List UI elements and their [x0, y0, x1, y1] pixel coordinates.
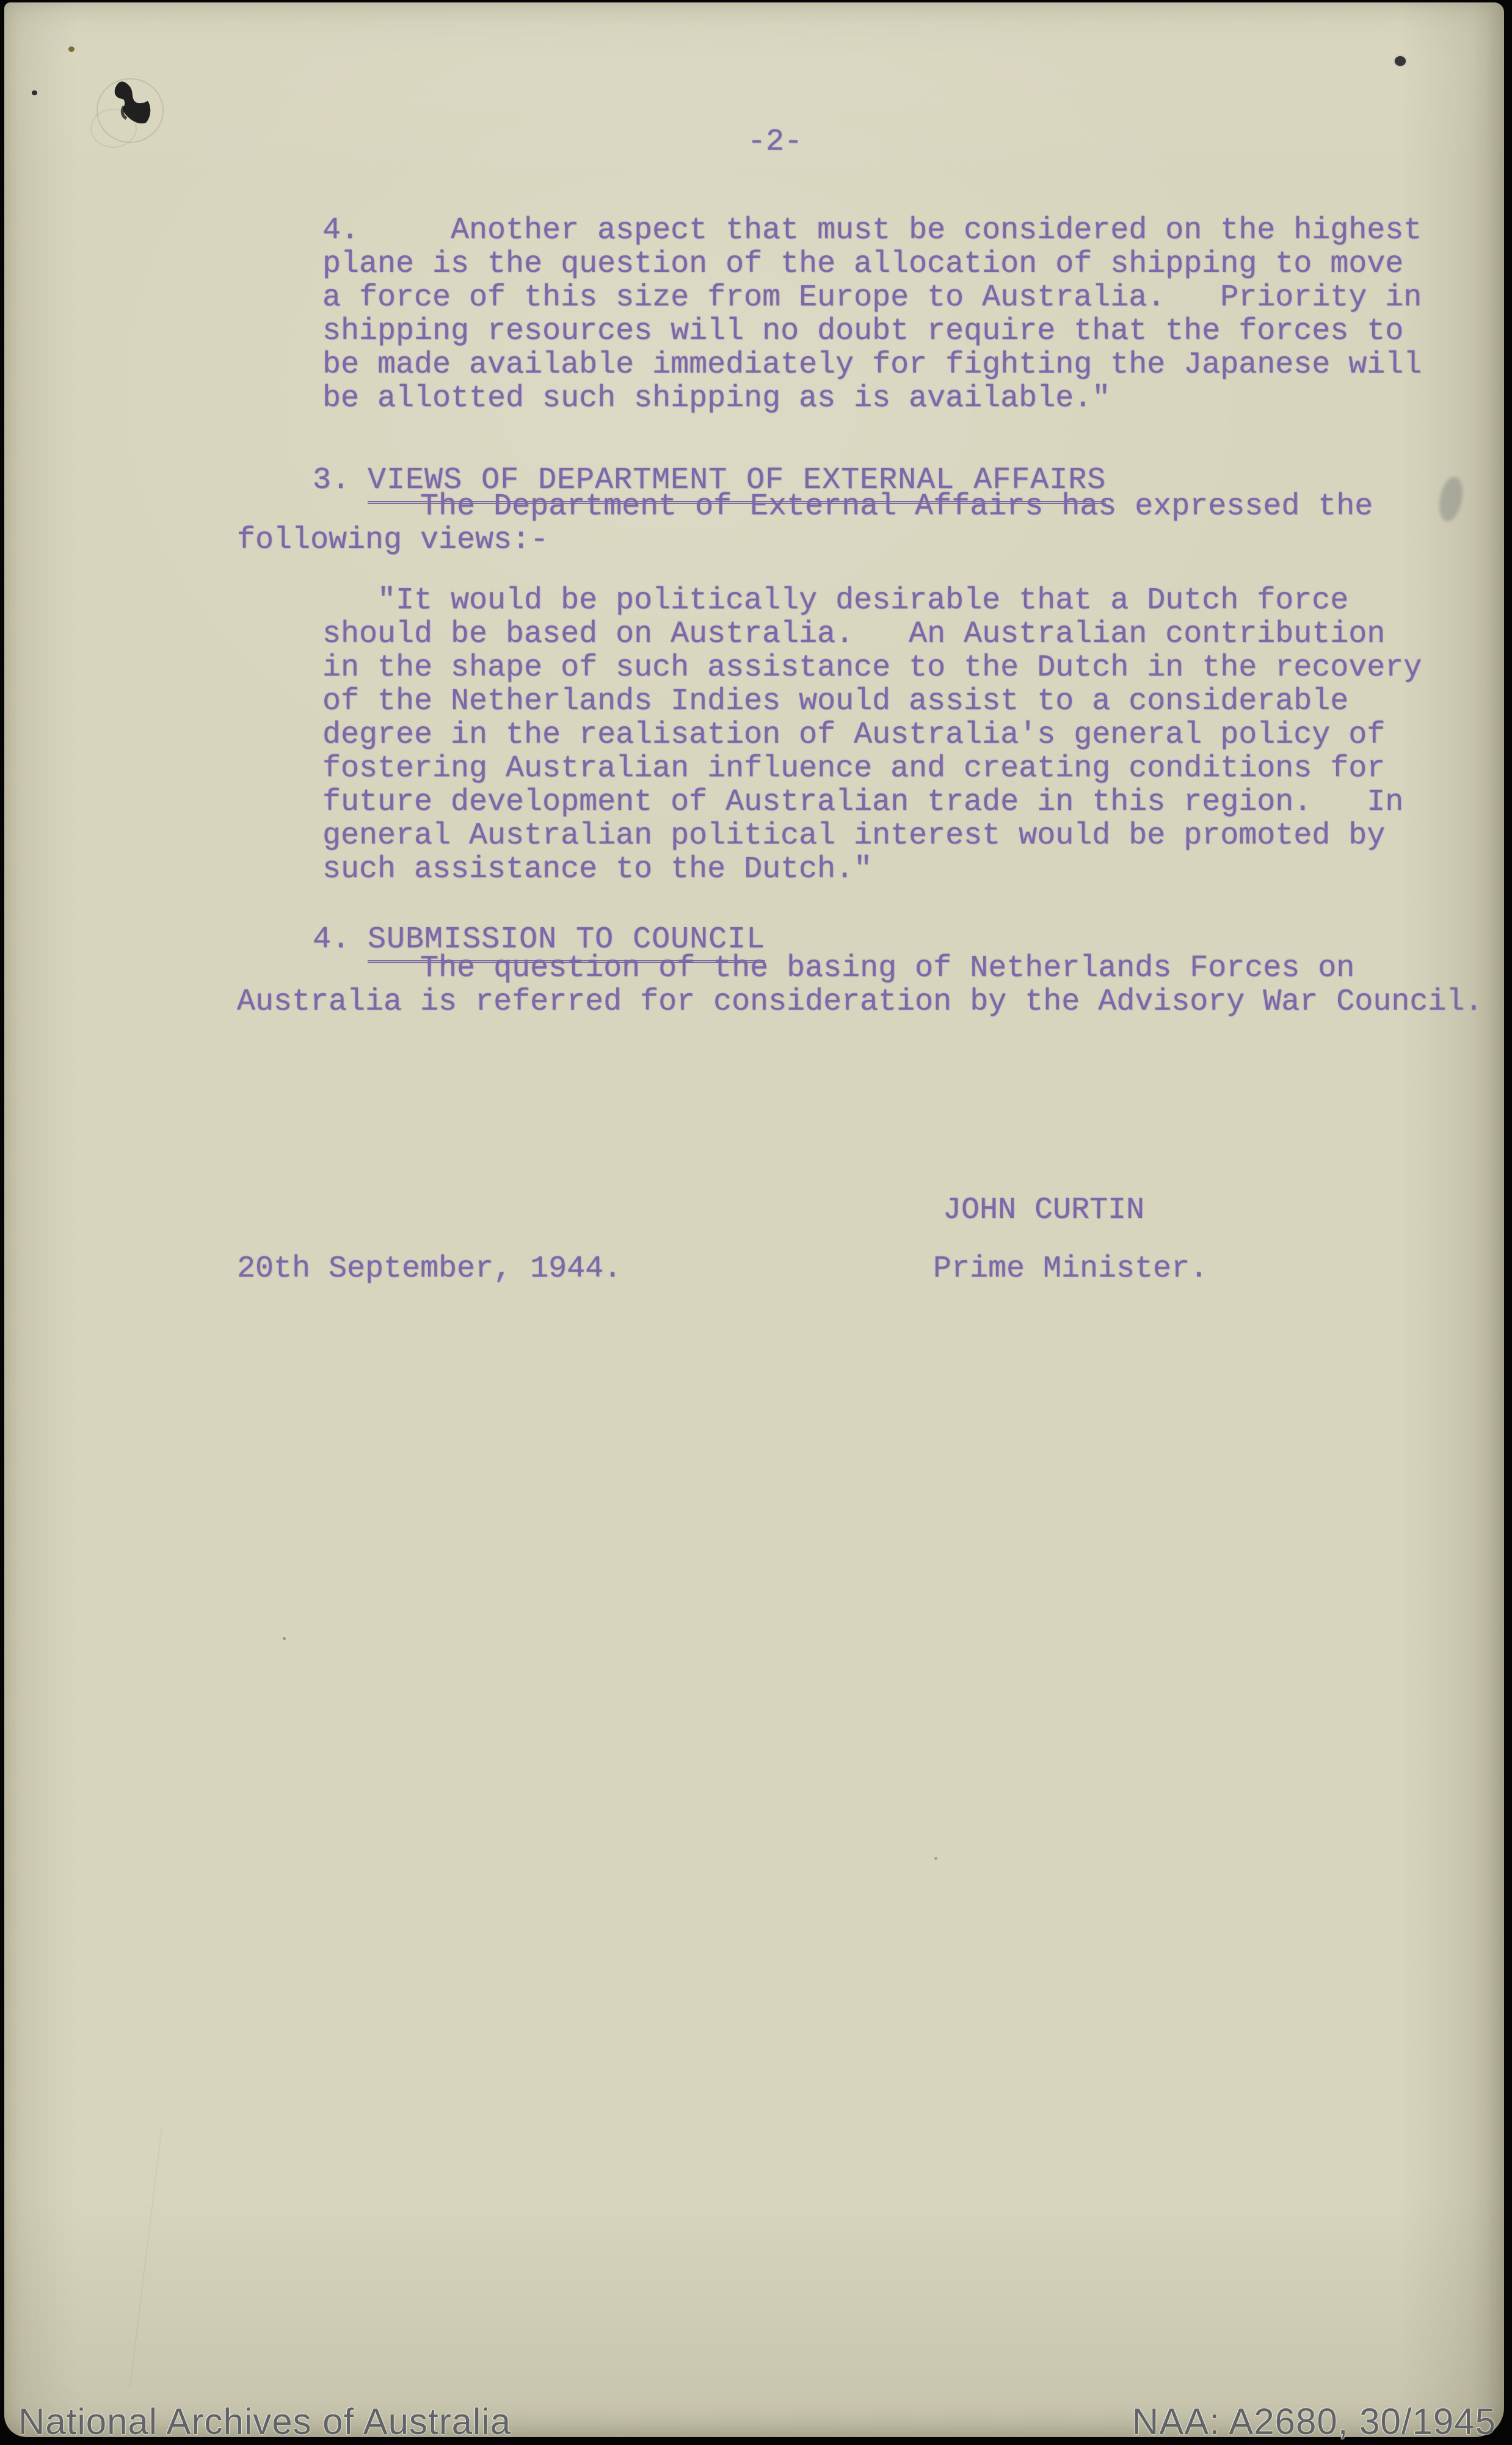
paper-speck-dark: [32, 90, 37, 95]
scanned-document: -2- 4. Another aspect that must be consi…: [0, 0, 1512, 2445]
edge-dot-top-right: [1395, 56, 1406, 66]
section-3-intro: The Department of External Affairs has e…: [237, 490, 1373, 557]
blot-impression-ring-small: [90, 109, 137, 148]
signature-title: Prime Minister.: [933, 1252, 1208, 1286]
section-4-body: The question of the basing of Netherland…: [237, 952, 1483, 1019]
signature-date: 20th September, 1944.: [237, 1252, 622, 1286]
paper-speck-brown: [68, 46, 75, 52]
paper-speck-faint-1: [283, 1637, 286, 1640]
signature-name: JOHN CURTIN: [943, 1193, 1144, 1227]
page-number: -2-: [747, 125, 802, 159]
footer-archive-name: National Archives of Australia: [18, 2400, 511, 2443]
paragraph-shipping: 4. Another aspect that must be considere…: [322, 214, 1422, 415]
section-3-quote: "It would be politically desirable that …: [322, 584, 1422, 886]
paper-speck-faint-2: [934, 1857, 937, 1860]
footer-item-reference: NAA: A2680, 30/1945: [1132, 2400, 1496, 2443]
